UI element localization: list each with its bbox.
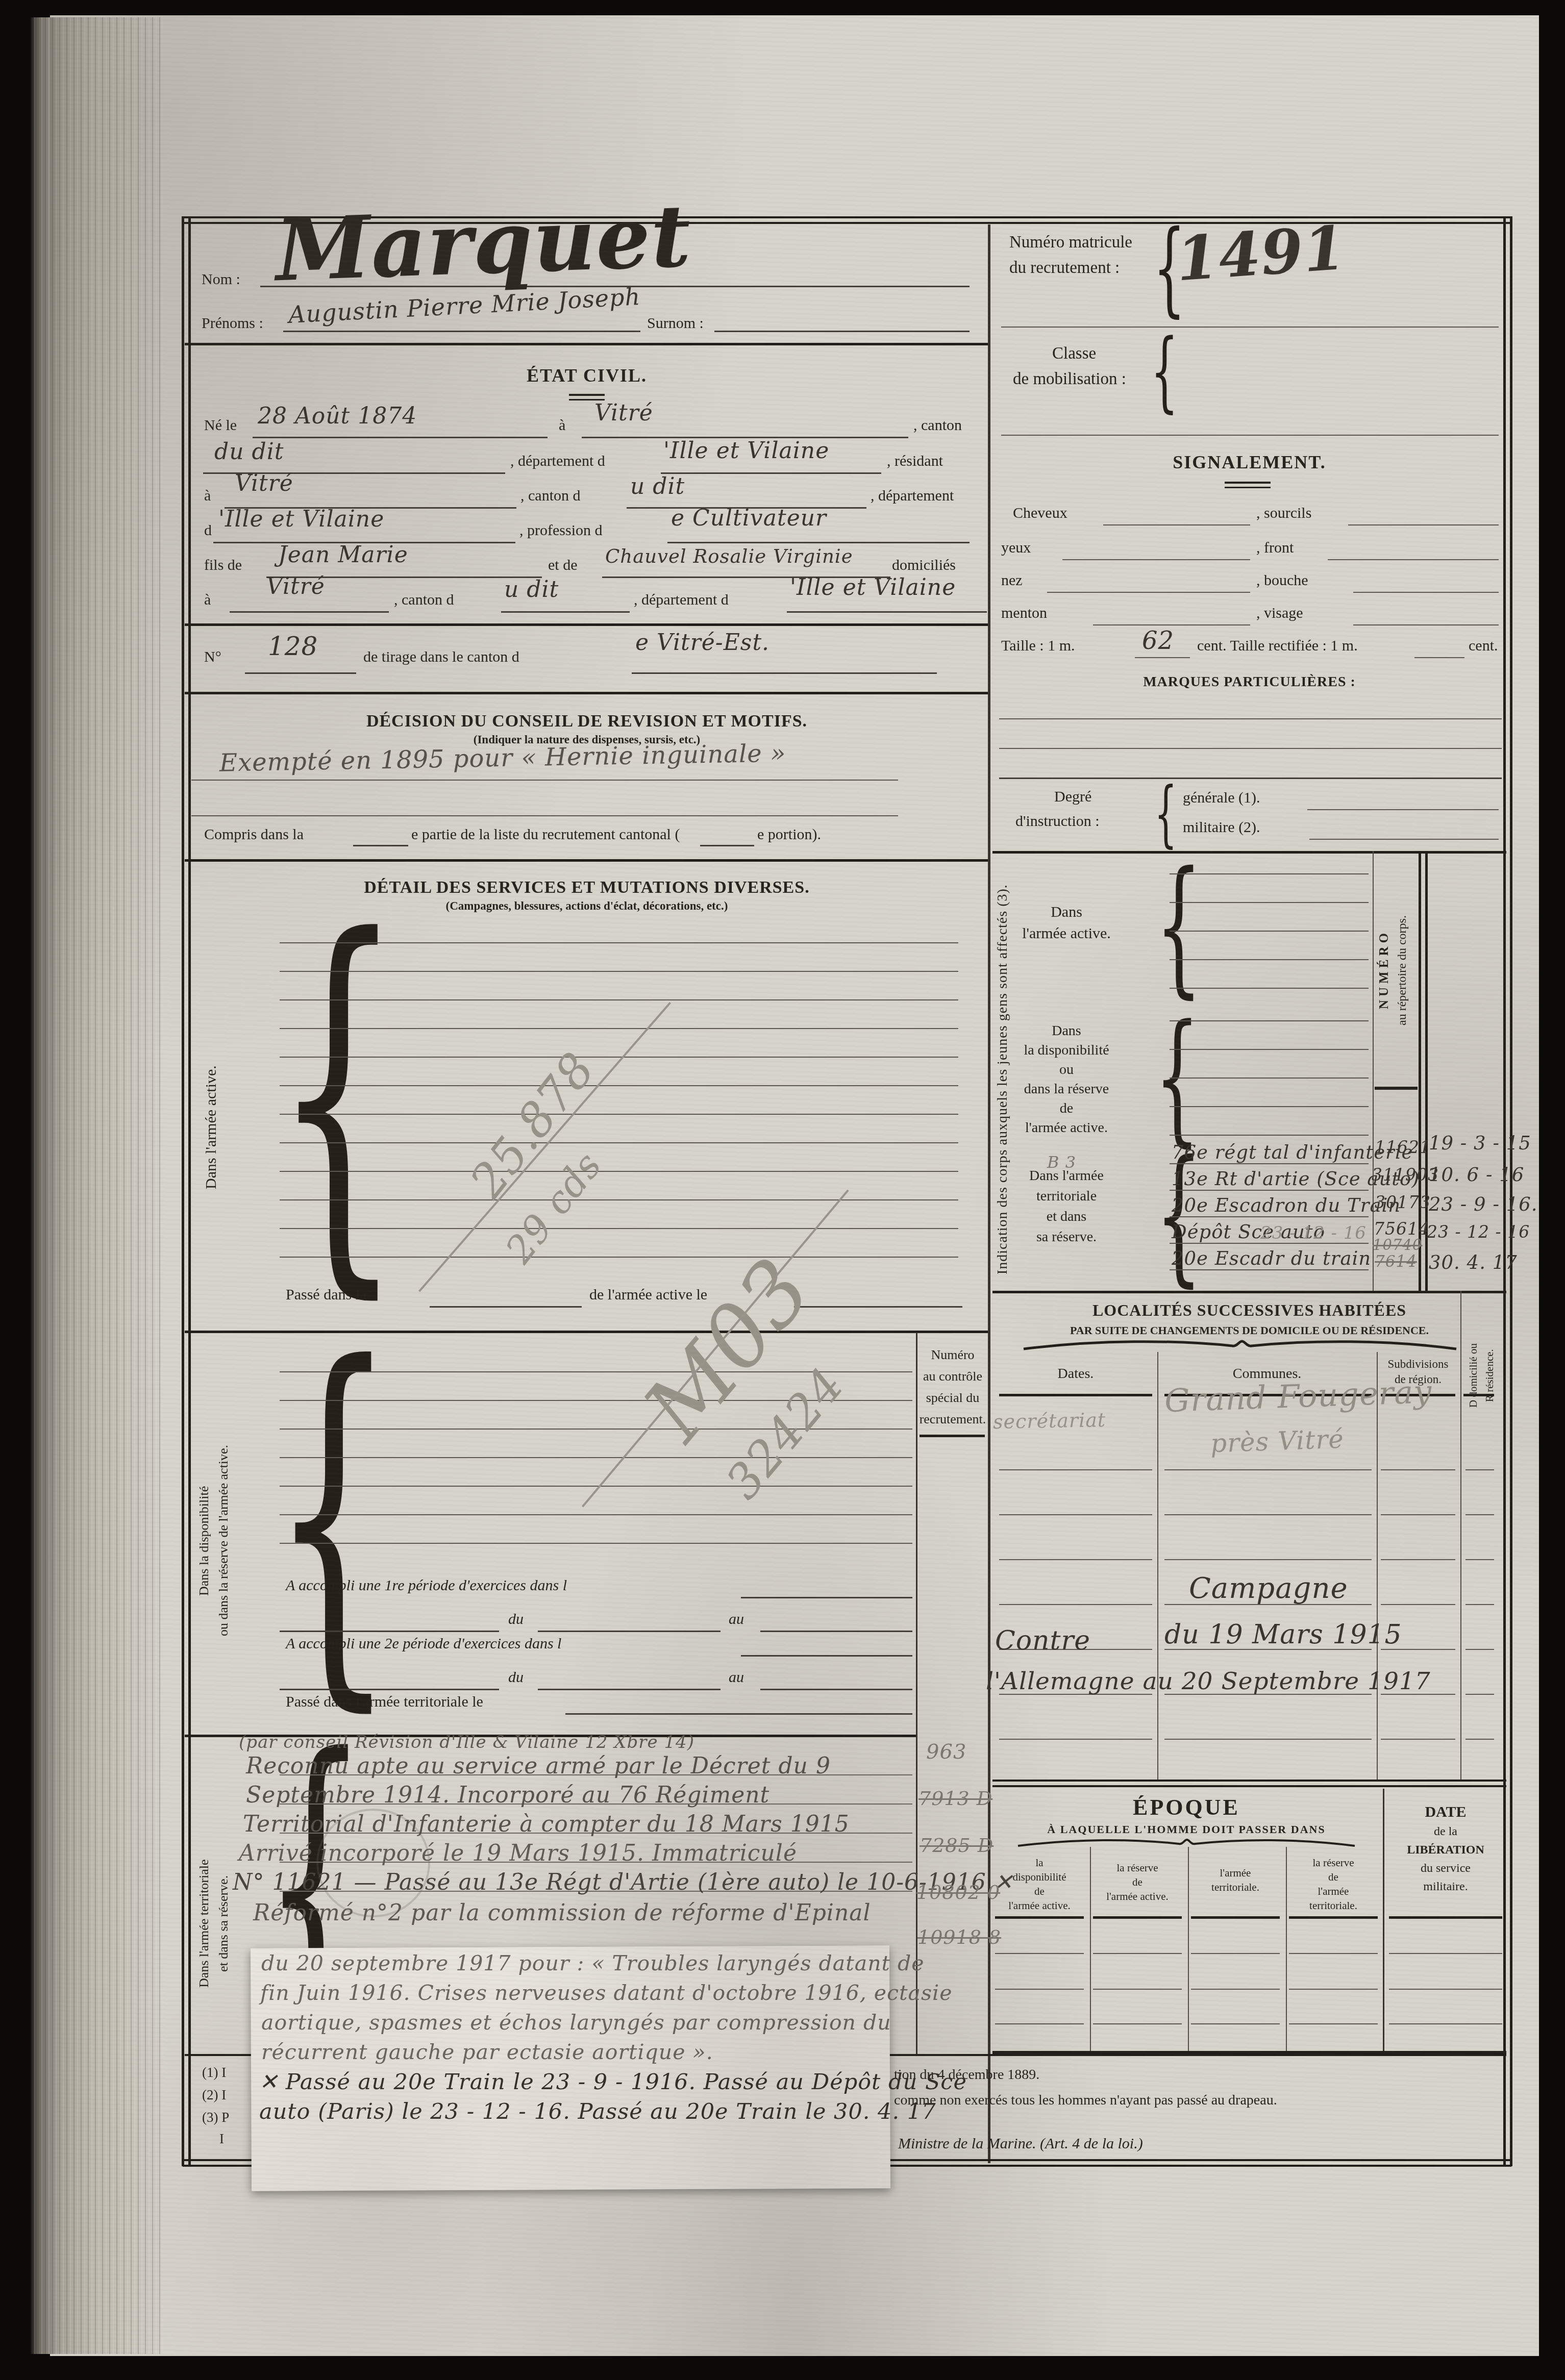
table-column-divider [1286,1847,1287,2051]
firstnames-label: Prénoms : [202,315,263,332]
ruled-line [1164,1739,1372,1740]
tirage-number-label: N° [204,649,221,665]
ruled-line [1170,1049,1369,1050]
ruled-line [1381,1514,1455,1515]
matricule-label-line2: du recrutement : [1009,259,1120,277]
domicilies-label: domiciliés [892,557,956,573]
ruled-line [353,845,408,846]
ruled-line [1093,1989,1182,1990]
ruled-line [632,672,937,674]
corps-active-label-1: Dans [995,904,1138,920]
corps-dispo-label: Dans [995,1023,1138,1038]
footnote-marker: I [219,2132,224,2146]
corps-entry-number-struck: 10740 [1373,1238,1422,1252]
instruction-militaire-label: militaire (2). [1183,819,1260,836]
ruled-line [1353,624,1499,625]
ruled-line [1307,809,1499,810]
ruled-line [1170,873,1369,874]
ruled-line [1062,559,1250,560]
ruled-line [280,1486,912,1487]
ruled-line [1465,1469,1494,1470]
campagne-entry: Contre [995,1627,1090,1654]
corps-active-label-2: l'armée active. [995,925,1138,942]
epoque-col1-header: la [994,1857,1085,1868]
ruled-line [667,542,970,543]
ruled-line [1348,524,1499,525]
section-label-territoriale-2: et dans sa réserve. [216,1775,230,2071]
corps-entry: 20e Escadron du Train [1172,1196,1401,1215]
column-header-rule [1463,1394,1494,1396]
column-header-rule [1389,1916,1502,1919]
ruled-line [1465,1739,1494,1740]
name-label: Nom : [202,271,240,288]
section-divider [185,343,988,345]
controle-header: Numéro [918,1348,987,1362]
ruled-line [1001,435,1499,436]
ruled-line [661,472,881,474]
decorative-swash [1021,1339,1459,1352]
ruled-line [1328,559,1499,560]
ruled-line [280,971,958,972]
book-page-stack-texture [31,17,161,2354]
ruled-line [1289,1953,1378,1954]
localites-commune-entry: Grand Fougeray [1164,1376,1432,1417]
title-underscore-ornament [1225,482,1271,488]
surname-label: Surnom : [647,315,704,332]
residence-departement-label: , département [871,488,954,504]
ruled-line [1465,1604,1494,1605]
ruled-line [999,748,1502,749]
ruled-line [280,1114,958,1115]
ruled-line [1135,657,1190,658]
ruled-line [999,1514,1152,1515]
ruled-line [538,1631,721,1632]
localites-title: LOCALITÉS SUCCESSIVES HABITÉES [992,1302,1506,1319]
column-header-rule [1375,1087,1418,1090]
epoque-col2-header: la réserve [1092,1862,1183,1873]
periode1-label: A accompli une 1re période d'exercices d… [286,1577,567,1594]
epoque-col4-header: territoriale. [1288,1900,1379,1911]
ruled-line [280,1457,912,1458]
birthplace-value: Vitré [594,402,653,424]
controle-header: spécial du [918,1391,987,1405]
epoque-subtitle: À LAQUELLE L'HOMME DOIT PASSER DANS [992,1823,1380,1835]
ruled-line [280,999,958,1000]
domicile-departement-label: , département d [634,592,729,608]
section-divider [920,1435,985,1437]
ruled-line [714,331,970,332]
ruled-line [1164,1559,1372,1560]
menton-label: menton [1001,605,1047,621]
section-label-armee-active: Dans l'armée active. [203,1010,219,1245]
dates-column-header: Dates. [999,1366,1152,1381]
ruled-line [280,1228,958,1229]
ruled-line [1389,2023,1502,2024]
ruled-line [1170,1269,1369,1270]
ruled-line [995,2023,1084,2024]
column-header-rule [1289,1916,1378,1919]
ruled-line [1170,1216,1369,1217]
ruled-line [995,1953,1084,1954]
ruled-line [283,331,640,332]
form-left-border [182,216,191,2166]
ruled-line [995,1989,1084,1990]
ruled-line [1093,1953,1182,1954]
passe-active-label2: de l'armée active le [589,1287,707,1303]
domicile-residence-rotated-header: R résidence. [1484,1299,1495,1452]
ruled-line [280,1257,958,1258]
corps-entry-date: 10. 6 - 16 [1429,1165,1524,1184]
scanned-military-register-page: { "header": { "nom_label": "Nom :", "nom… [0,0,1565,2380]
tirage-number-value: 128 [268,634,318,659]
ruled-line [1465,1559,1494,1560]
localites-commune-entry: près Vitré [1210,1426,1344,1456]
corps-entry: 20e Escadr du train [1172,1249,1371,1268]
ruled-line [280,942,958,943]
table-column-divider [1157,1352,1158,1780]
classe-label-line2: de mobilisation : [1013,370,1126,388]
domicile-label: à [204,592,211,608]
ruled-line [191,780,898,781]
ruled-line [1289,2023,1378,2024]
corps-dispo-label: de [995,1101,1138,1116]
ruled-line [1191,1953,1280,1954]
periode2-label: A accompli une 2e période d'exercices da… [286,1636,561,1652]
corps-dispo-label: l'armée active. [995,1120,1138,1135]
corps-territoriale-label: sa réserve. [995,1230,1138,1244]
margin-number-struck: 10918 8 [917,1927,1001,1947]
epoque-col3-header: territoriale. [1190,1882,1281,1893]
compris-label-1: Compris dans la [204,826,304,843]
corps-entry-date: 19 - 3 - 15 [1429,1134,1531,1153]
slip-note-ink: auto (Paris) le 23 - 12 - 16. Passé au 2… [259,2101,936,2123]
margin-number-struck: 10802 0 [916,1883,1000,1902]
ruled-line [1093,624,1250,625]
localites-date-entry: secrétariat [993,1410,1106,1432]
ruled-line [1001,327,1499,328]
birthdate-value: 28 Août 1874 [258,405,417,428]
controle-header: au contrôle [918,1369,987,1383]
tirage-canton-value: e Vitré-Est. [635,632,769,654]
ruled-line [280,1631,499,1632]
sourcils-label: , sourcils [1256,505,1311,521]
departement2-label: d [204,522,212,539]
slip-note-pencil: récurrent gauche par ectasie aortique ». [261,2042,713,2063]
slip-note-ink: ✕ Passé au 20e Train le 23 - 9 - 1916. P… [259,2071,967,2093]
section-divider [992,1780,1506,1787]
domicile-canton-value: u dit [504,579,559,601]
signalement-title: SIGNALEMENT. [992,453,1506,472]
subdivisions-column-header: Subdivisions [1380,1358,1456,1370]
residence-canton-value: u dit [630,475,685,498]
ruled-line [1381,1559,1455,1560]
section-divider [992,1291,1506,1293]
date-liberation-header: militaire. [1385,1881,1506,1893]
departement-value: 'Ille et Vilaine [663,440,829,462]
du-label: du [508,1611,524,1627]
ruled-line [1170,1190,1369,1191]
ruled-line [1414,657,1464,658]
ruled-line [760,1689,912,1690]
section-divider [185,692,988,694]
domicile-departement-value: 'Ille et Vilaine [790,577,956,599]
au-label: au [729,1611,744,1627]
service-note: Reconnu apte au service armé par le Décr… [246,1755,831,1777]
campagne-entry: l'Allemagne au 20 Septembre 1917 [986,1669,1431,1693]
ruled-line [1465,1649,1494,1650]
ruled-line [1170,931,1369,932]
ruled-line [999,1604,1152,1605]
ruled-line [1164,1469,1372,1470]
ruled-line [999,1559,1152,1560]
ruled-line [1164,1514,1372,1515]
ruled-line [1465,1514,1494,1515]
corps-entry-number: 75614 [1374,1220,1430,1237]
corps-entry-number: 30173 [1375,1194,1431,1211]
visage-label: , visage [1256,605,1303,621]
profession-value: e Cultivateur [671,507,827,530]
date-liberation-header: de la [1385,1825,1506,1838]
ruled-line [280,1543,912,1544]
corps-entry-date: 30. 4. 17 [1429,1253,1518,1272]
taille-value: 62 [1142,629,1174,653]
ruled-line [1047,592,1250,593]
table-column-divider [1188,1847,1189,2051]
ruled-line [700,845,754,846]
column-header-rule [1093,1916,1182,1919]
slip-note-pencil: fin Juin 1916. Crises nerveuses datant d… [260,1983,952,2003]
ruled-line [787,611,987,613]
decorative-swash [1015,1838,1357,1849]
ruled-line [1170,1020,1369,1021]
table-column-divider [1460,1291,1461,1780]
brace-icon [1155,867,1202,986]
epoque-col4-header: la réserve [1288,1857,1379,1868]
brace-icon [273,930,403,1256]
column-header-rule [1191,1916,1280,1919]
compris-label-2: e partie de la liste du recrutement cant… [411,826,680,843]
residant-label: , résidant [887,453,943,469]
footnote-marker: (3) P [202,2110,229,2124]
margin-number: 963 [926,1742,966,1762]
corps-entry-ghost-date: 23 - 12 - 16 [1260,1224,1367,1242]
ruled-line [191,815,898,816]
controle-header: recrutement. [918,1412,987,1426]
ruled-line [760,1631,912,1632]
ruled-line [1381,1739,1455,1740]
degre-label-1: Degré [1054,789,1091,805]
footnote-marker: (2) I [202,2088,226,2102]
ruled-line [999,718,1502,719]
campagne-entry: du 19 Mars 1915 [1164,1621,1402,1648]
birthdate-label: Né le [204,417,237,434]
domicile-value: Vitré [266,575,325,598]
numero-repertoire-header-2: au répertoire du corps. [1396,859,1409,1082]
ruled-line [280,1057,958,1058]
corps-dispo-label: ou [995,1062,1138,1077]
ruled-line [1389,1989,1502,1990]
canton-label: , canton [913,417,962,434]
nez-label: nez [1001,572,1023,589]
residence-canton-label: , canton d [520,488,580,504]
ruled-line [1381,1604,1455,1605]
etat-civil-title: ÉTAT CIVIL. [194,366,980,386]
decision-title: DÉCISION DU CONSEIL DE REVISION ET MOTIF… [194,712,980,731]
canton-value: du dit [214,441,284,463]
ruled-line [1103,524,1250,525]
ruled-line [1191,1989,1280,1990]
taille-rectifiee-label: cent. Taille rectifiée : 1 m. [1197,638,1358,654]
matricule-value-handwritten: 1491 [1174,218,1348,290]
corps-territoriale-label: et dans [995,1209,1138,1224]
cheveux-label: Cheveux [1013,505,1067,521]
ruled-line [1309,839,1499,840]
epoque-title: ÉPOQUE [992,1796,1380,1819]
section-divider [992,851,1506,854]
service-note: Arrivé incorporé le 19 Mars 1915. Immatr… [239,1842,797,1865]
ruled-line [280,1028,958,1029]
service-note: Territorial d'Infanterie à compter du 18… [243,1813,850,1836]
ruled-line [1170,988,1369,989]
column-header-rule [999,1394,1152,1396]
ruled-line [1389,1953,1502,1954]
epoque-col2-header: l'armée active. [1092,1891,1183,1902]
epoque-col1-header: l'armée active. [994,1900,1085,1911]
front-label: , front [1256,540,1294,556]
ruled-line [1465,1694,1494,1695]
departement2-value: 'Ille et Vilaine [218,508,384,531]
brace-icon [1151,337,1178,406]
ruled-line [999,1469,1152,1470]
epoque-col3-header: l'armée [1190,1867,1281,1878]
mother-value: Chauvel Rosalie Virginie [605,547,853,566]
ruled-line [1170,1106,1369,1107]
domicile-canton-label: , canton d [394,592,454,608]
margin-number-struck: 7913 D [918,1789,992,1808]
slip-note-pencil: aortique, spasmes et échos laryngés par … [261,2012,891,2033]
cent-label: cent. [1469,638,1498,654]
ruled-line [999,1739,1152,1740]
ruled-line [280,1514,912,1515]
footnote-marker: (1) I [202,2065,226,2080]
table-column-divider [1377,1352,1378,1780]
ruled-line [999,778,1502,779]
localites-subtitle: PAR SUITE DE CHANGEMENTS DE DOMICILE OU … [992,1324,1506,1336]
bouche-label: , bouche [1256,572,1308,589]
mother-label: et de [548,557,577,573]
ruled-line [1191,2023,1280,2024]
ruled-line [741,1655,912,1657]
epoque-col4-header: l'armée [1288,1886,1379,1897]
ruled-line [280,1171,958,1172]
degre-label-2: d'instruction : [1015,813,1100,830]
domicile-residence-rotated-header: D domicilié ou [1468,1299,1479,1452]
date-liberation-header: du service [1385,1862,1506,1875]
date-liberation-header: LIBÉRATION [1385,1844,1506,1857]
ruled-line [430,1306,582,1308]
corps-dispo-label: la disponibilité [995,1043,1138,1058]
corps-entry-date: 23 - 12 - 16 [1427,1223,1530,1240]
ruled-line [565,1713,912,1715]
date-liberation-header: DATE [1385,1804,1506,1820]
section-label-disponibilite-2: ou dans la réserve de l'armée active. [216,1372,230,1709]
ruled-line [280,1199,958,1200]
corps-entry-date: 23 - 9 - 16. [1429,1195,1538,1214]
ruled-line [741,1597,912,1598]
residence-value: Vitré [235,472,293,495]
ruled-line [538,1689,721,1690]
taille-label: Taille : 1 m. [1001,638,1075,654]
marques-title: MARQUES PARTICULIÈRES : [992,674,1506,689]
au-label: au [729,1669,744,1686]
table-column-divider [1383,1789,1384,2054]
epoque-col2-header: de [1092,1876,1183,1888]
ruled-line [280,1142,958,1143]
father-label: fils de [204,557,242,573]
ruled-line [1170,1163,1369,1164]
instruction-generale-label: générale (1). [1183,790,1260,806]
section-divider [185,623,988,626]
footnote-fragment: comme non exercés tous les hommes n'ayan… [894,2093,1277,2108]
ruled-line [253,437,548,438]
name-value-handwritten: Marquet [274,193,692,293]
epoque-col4-header: de [1288,1871,1379,1883]
ruled-line [1381,1469,1455,1470]
compris-label-3: e portion). [757,826,821,843]
departement-label: , département d [510,453,605,469]
residence-label: à [204,488,211,504]
ruled-line [230,611,389,613]
service-note: Septembre 1914. Incorporé au 76 Régiment [246,1784,769,1807]
ruled-line [1170,1078,1369,1079]
ruled-line [245,672,356,674]
column-header-rule [995,1916,1084,1919]
brace-icon [1154,786,1177,843]
ruled-line [280,1085,958,1086]
campagne-entry: Campagne [1189,1574,1348,1603]
table-column-divider [1090,1847,1091,2051]
corps-territoriale-label: territoriale [995,1189,1138,1204]
section-label-disponibilite-1: Dans la disponibilité [197,1377,211,1704]
numero-repertoire-header-1: NUMÉRO [1378,867,1391,1071]
tirage-label: de tirage dans le canton d [363,649,519,665]
ruled-line [1353,592,1499,593]
slip-note-pencil: du 20 septembre 1917 pour : « Troubles l… [261,1953,925,1974]
ruled-line [501,611,630,613]
service-note: (par conseil Révision d'Ille & Vilaine 1… [239,1734,694,1751]
corps-entry-number: 11621 [1375,1139,1431,1156]
section-label-territoriale-1: Dans l'armée territoriale [197,1770,211,2076]
corps-entry-number-struck: 7614 [1375,1254,1417,1270]
table-bottom-rule [992,2051,1506,2054]
service-note: N° 11621 — Passé au 13e Régt d'Artie (1è… [233,1871,1013,1894]
ruled-line [1170,959,1369,960]
ruled-line [1170,902,1369,903]
profession-label: , profession d [519,522,602,539]
father-value: Jean Marie [278,544,408,566]
ruled-line [1093,2023,1182,2024]
matricule-label-line1: Numéro matricule [1009,234,1132,252]
classe-label-line1: Classe [1052,345,1096,363]
service-note: Réformé n°2 par la commission de réforme… [253,1902,871,1924]
du-label: du [508,1669,524,1686]
corps-dispo-label: dans la réserve [995,1082,1138,1096]
yeux-label: yeux [1001,540,1031,556]
margin-number-struck: 7285 D [920,1836,993,1855]
birthplace-label: à [559,417,565,434]
footnote-signature: Ministre de la Marine. (Art. 4 de la loi… [898,2136,1143,2152]
ruled-line [1289,1989,1378,1990]
